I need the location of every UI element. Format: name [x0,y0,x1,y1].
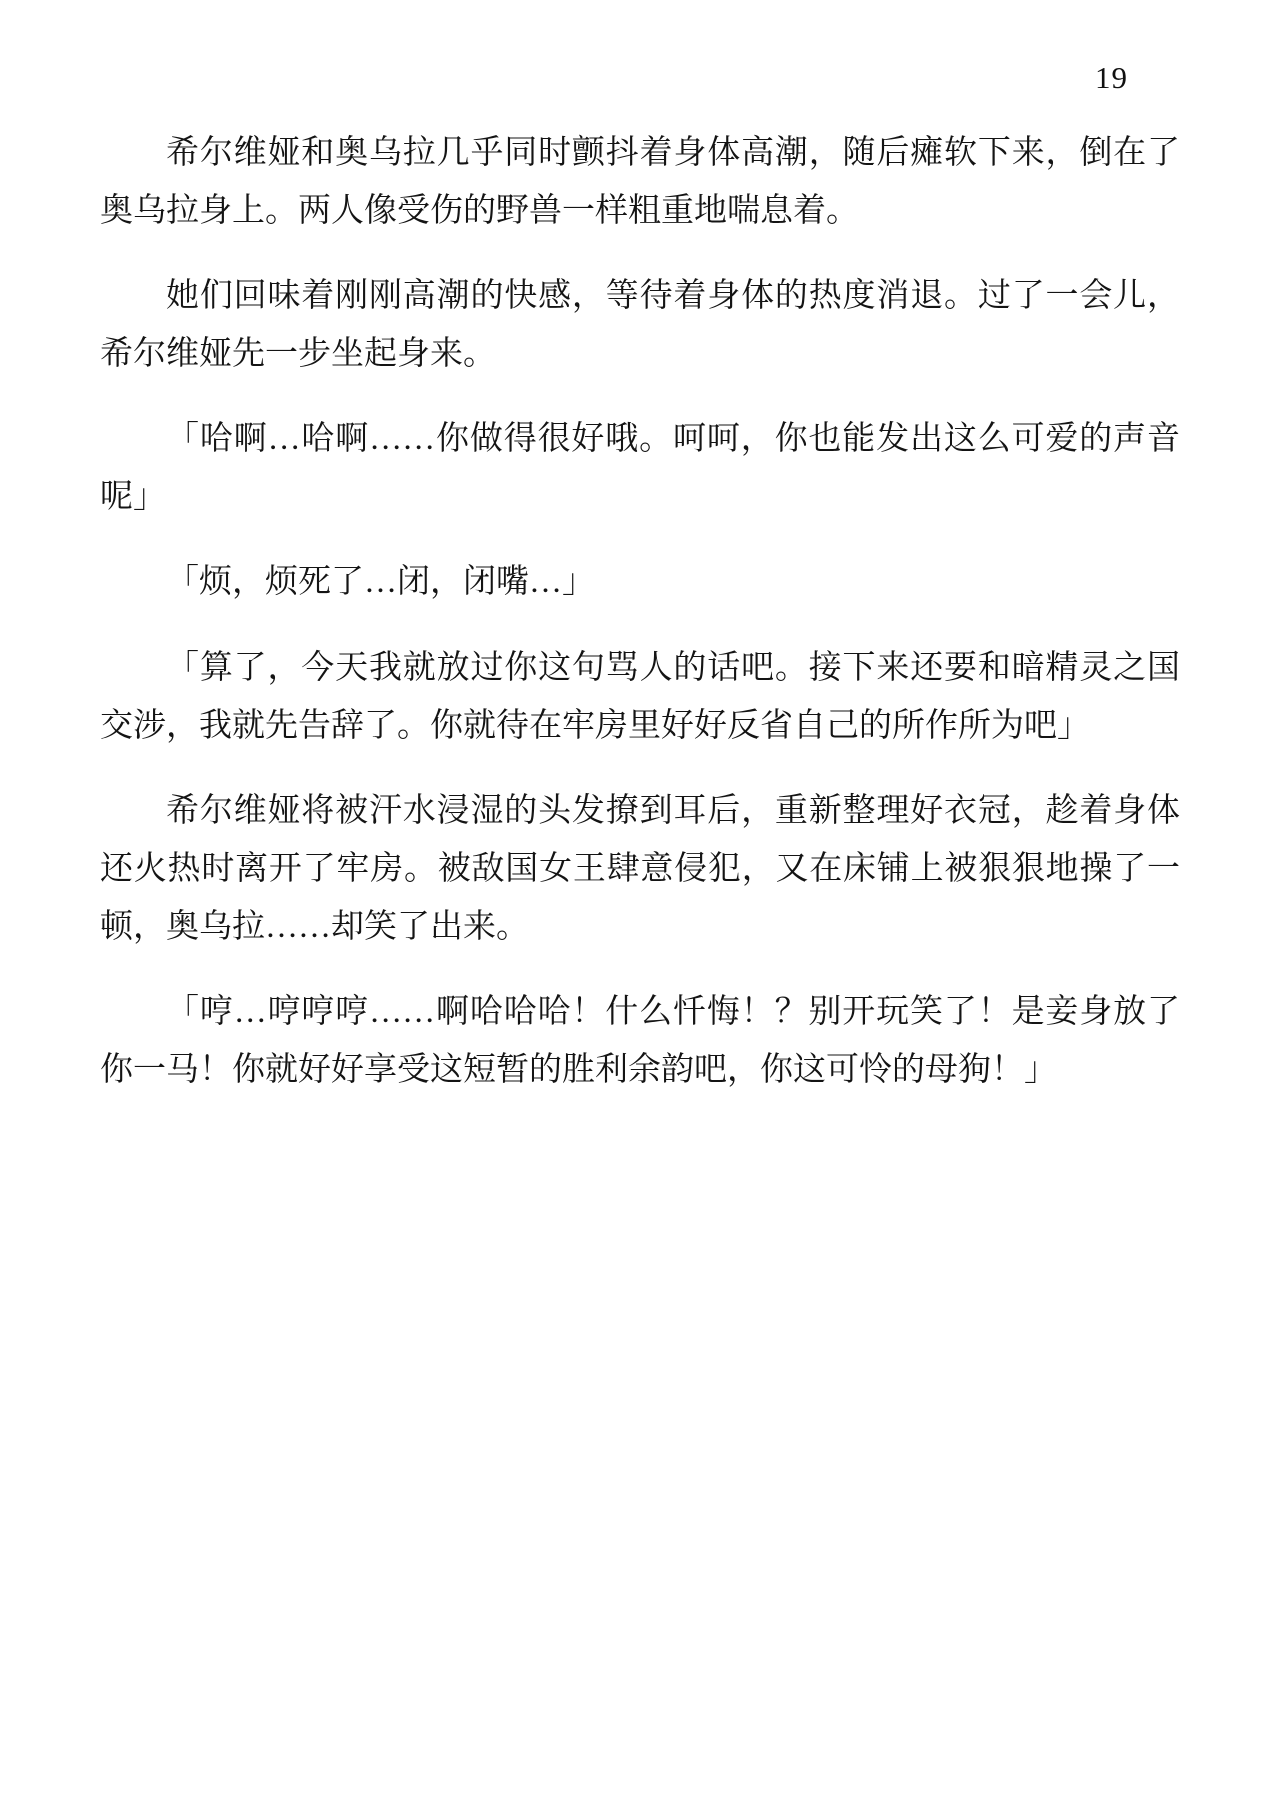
page-number: 19 [1095,60,1128,95]
paragraph: 「哼…哼哼哼……啊哈哈哈！什么忏悔！？别开玩笑了！是妾身放了你一马！你就好好享受… [100,983,1180,1099]
paragraph: 她们回味着刚刚高潮的快感，等待着身体的热度消退。过了一会儿，希尔维娅先一步坐起身… [100,267,1180,383]
page-header: 19 [0,0,1280,96]
paragraph: 「烦，烦死了…闭，闭嘴…」 [100,553,1180,611]
paragraph: 「哈啊…哈啊……你做得很好哦。呵呵，你也能发出这么可爱的声音呢」 [100,410,1180,526]
paragraph: 希尔维娅将被汗水浸湿的头发撩到耳后，重新整理好衣冠，趁着身体还火热时离开了牢房。… [100,782,1180,956]
document-page: 19 希尔维娅和奥乌拉几乎同时颤抖着身体高潮，随后瘫软下来，倒在了奥乌拉身上。两… [0,0,1280,1810]
paragraph: 希尔维娅和奥乌拉几乎同时颤抖着身体高潮，随后瘫软下来，倒在了奥乌拉身上。两人像受… [100,124,1180,240]
paragraph: 「算了，今天我就放过你这句骂人的话吧。接下来还要和暗精灵之国交涉，我就先告辞了。… [100,639,1180,755]
page-body-text: 希尔维娅和奥乌拉几乎同时颤抖着身体高潮，随后瘫软下来，倒在了奥乌拉身上。两人像受… [0,96,1280,1099]
